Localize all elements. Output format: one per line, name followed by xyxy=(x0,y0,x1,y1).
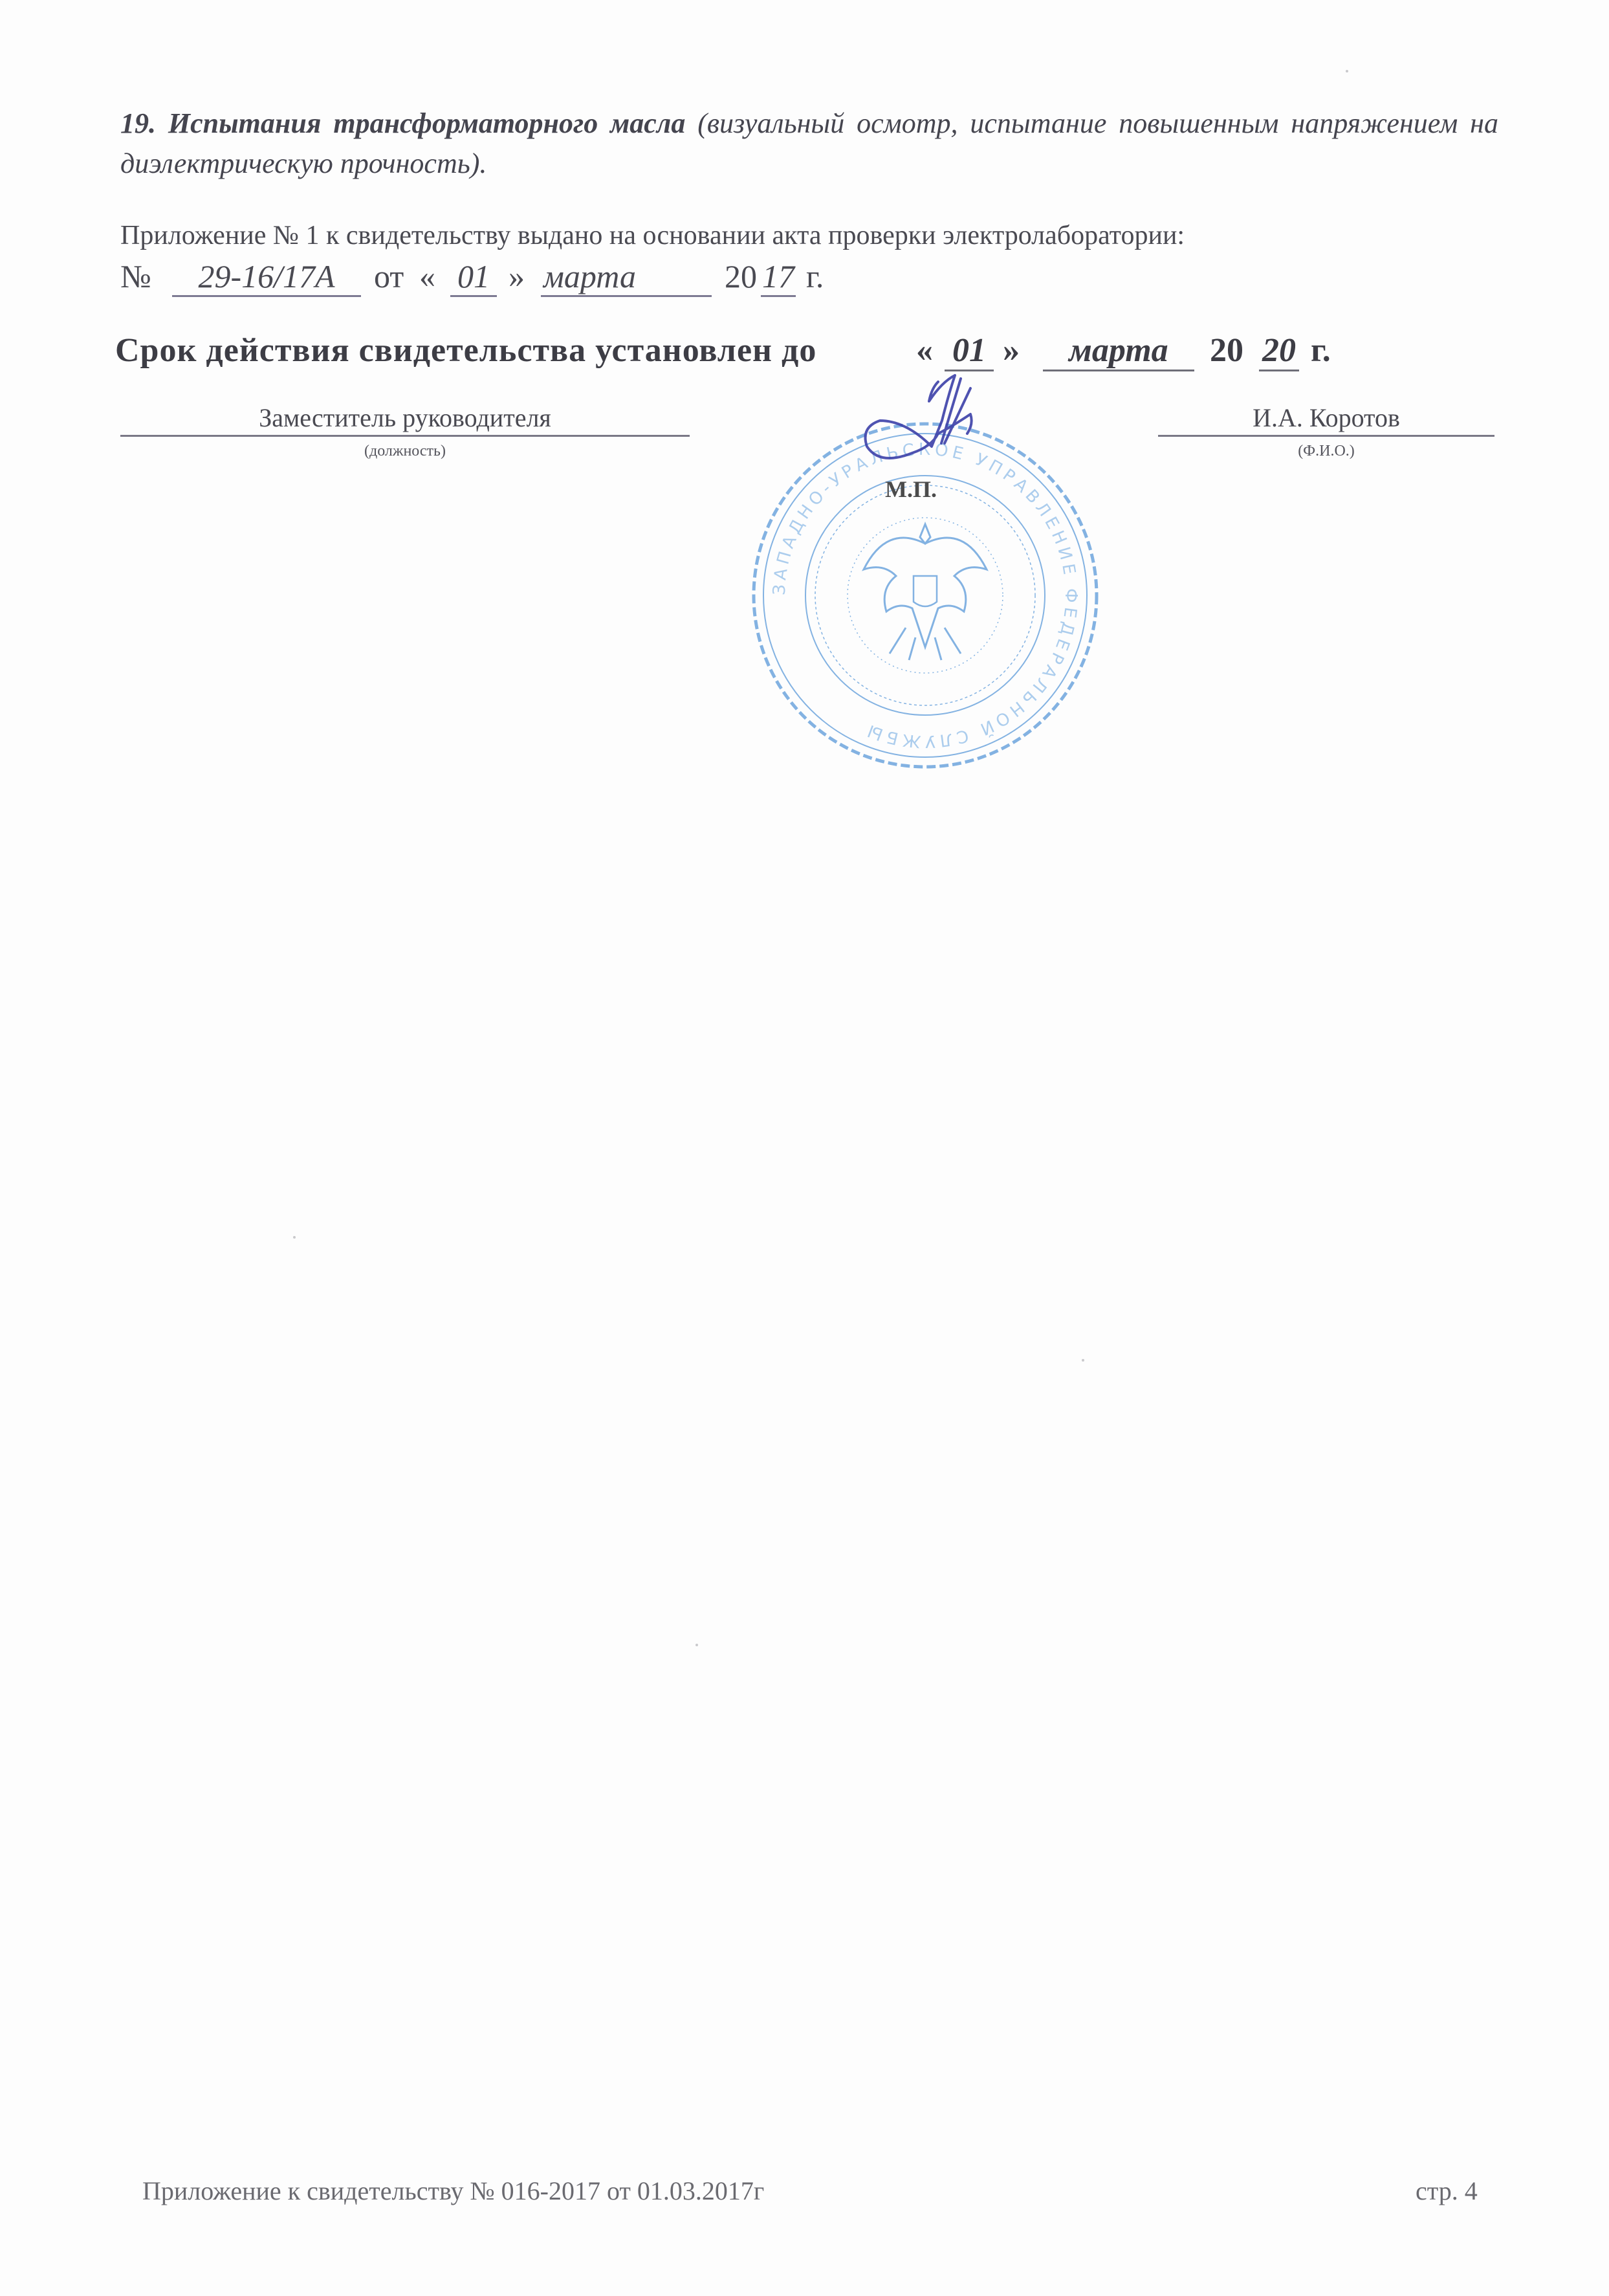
name-value: И.А. Коротов xyxy=(1158,403,1494,433)
position-underline xyxy=(120,435,690,437)
item-number: 19. xyxy=(120,107,156,139)
validity-century: 20 xyxy=(1210,331,1243,370)
act-month: марта xyxy=(541,258,712,297)
validity-line: Срок действия свидетельства установлен д… xyxy=(115,331,1474,378)
validity-month: марта xyxy=(1043,331,1194,371)
act-day: 01 xyxy=(450,258,497,297)
act-number: 29-16/17А xyxy=(172,258,361,297)
act-year: 17 xyxy=(761,258,796,297)
quote-close: » xyxy=(509,258,525,295)
act-reference-line: № 29-16/17А от « 01 » марта 20 17 г. xyxy=(120,258,1091,303)
name-underline xyxy=(1158,435,1494,437)
from-label: от xyxy=(374,258,404,295)
act-year-suffix: г. xyxy=(806,258,824,295)
validity-year: 20 xyxy=(1259,331,1299,371)
quote-open: « xyxy=(419,258,435,295)
scan-speck xyxy=(1346,70,1348,72)
footer-page-number: стр. 4 xyxy=(1416,2176,1478,2206)
name-caption: (Ф.И.О.) xyxy=(1158,443,1494,460)
scan-speck xyxy=(293,1236,296,1239)
stamp-placeholder: М.П. xyxy=(885,476,937,503)
footer-document-reference: Приложение к свидетельству № 016-2017 от… xyxy=(142,2176,764,2206)
validity-year-suffix: г. xyxy=(1311,331,1331,370)
act-century: 20 xyxy=(725,258,757,295)
position-value: Заместитель руководителя xyxy=(120,403,690,433)
scan-speck xyxy=(1082,1359,1084,1362)
position-caption: (должность) xyxy=(120,443,690,460)
item-19-paragraph: 19. Испытания трансформаторного масла (в… xyxy=(120,104,1498,184)
item-title: Испытания трансформаторного масла xyxy=(168,107,685,139)
scan-speck xyxy=(695,1644,698,1646)
validity-label: Срок действия свидетельства установлен д… xyxy=(115,331,816,370)
basis-statement: Приложение № 1 к свидетельству выдано на… xyxy=(120,220,1185,251)
number-sign: № xyxy=(120,258,151,295)
